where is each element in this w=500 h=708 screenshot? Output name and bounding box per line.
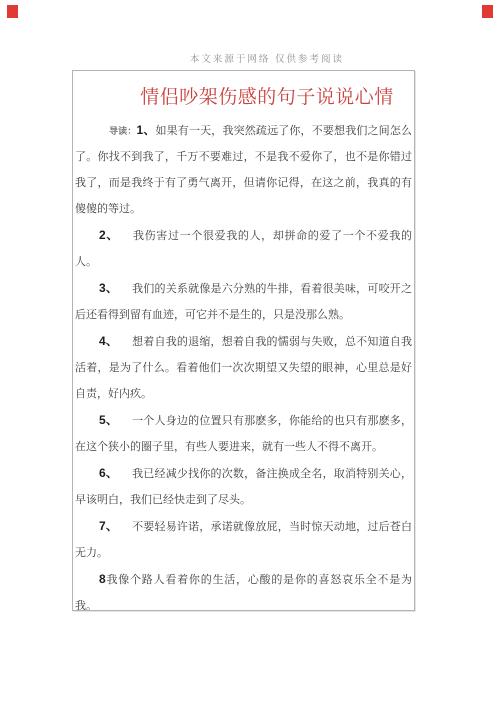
paragraph: 导读：1、如果有一天，我突然疏远了你，不要想我们之间怎么了。你找不到我了，千万不… [75, 117, 412, 222]
paragraph-text: 我已经减少找你的次数，备注换成全名，取消特别关心，早该明白，我们已经快走到了尽头… [75, 468, 412, 506]
paragraph: 8我像个路人看着你的生活，心酸的是你的喜怒哀乐全不是为 我。 [75, 566, 412, 611]
page-title: 情侣吵架伤感的句子说说心情 [73, 82, 414, 109]
paragraph-number: 3、 [99, 281, 118, 295]
corner-mark-left [7, 5, 18, 18]
paragraph-text: 我伤害过一个很爱我的人，却拼命的爱了一个不爱我的人。 [75, 230, 412, 268]
document-box: 情侣吵架伤感的句子说说心情 导读：1、如果有一天，我突然疏远了你，不要想我们之间… [72, 70, 415, 611]
paragraph-text: 不要轻易许诺，承诺就像放屁，当时惊天动地，过后苍白无力。 [75, 521, 412, 559]
paragraph-text: 如果有一天，我突然疏远了你，不要想我们之间怎么了。你找不到我了，千万不要难过，不… [75, 125, 412, 215]
paragraph-number: 2、 [99, 228, 119, 242]
paragraph-text: 我像个路人看着你的生活，心酸的是你的喜怒哀乐全不是为 我。 [75, 574, 412, 611]
paragraph-number: 6、 [99, 466, 118, 480]
corner-mark-right [482, 5, 493, 18]
paragraph-number: 8 [99, 572, 106, 586]
intro-label: 导读： [109, 126, 136, 136]
paragraph: 4、想着自我的退缩，想着自我的懦弱与失败，总不知道自我活着，是为了什么。看着他们… [75, 328, 412, 407]
source-note: 本文来源于网络 仅供参考阅读 [0, 51, 500, 65]
paragraph-text: 我们的关系就像是六分熟的牛排，看着很美味，可咬开之后还看得到留有血迹，可它并不是… [75, 283, 412, 321]
paragraph-number: 4、 [99, 334, 118, 348]
page-root: { "page": { "top_note": "本文来源于网络 仅供参考阅读"… [0, 0, 500, 708]
paragraph: 7、不要轻易许诺，承诺就像放屁，当时惊天动地，过后苍白无力。 [75, 513, 412, 566]
paragraph-number: 7、 [99, 519, 118, 533]
paragraph-text: 一个人身边的位置只有那麽多，你能给的也只有那麽多，在这个狭小的圈子里，有些人要进… [75, 415, 412, 453]
paragraph: 2、我伤害过一个很爱我的人，却拼命的爱了一个不爱我的人。 [75, 222, 412, 275]
paragraph: 5、一个人身边的位置只有那麽多，你能给的也只有那麽多，在这个狭小的圈子里，有些人… [75, 407, 412, 460]
paragraph-number: 1、 [136, 123, 155, 137]
paragraphs: 导读：1、如果有一天，我突然疏远了你，不要想我们之间怎么了。你找不到我了，千万不… [73, 117, 414, 611]
paragraph-number: 5、 [99, 413, 118, 427]
paragraph: 3、我们的关系就像是六分熟的牛排，看着很美味，可咬开之后还看得到留有血迹，可它并… [75, 275, 412, 328]
paragraph: 6、我已经减少找你的次数，备注换成全名，取消特别关心，早该明白，我们已经快走到了… [75, 460, 412, 513]
paragraph-text: 想着自我的退缩，想着自我的懦弱与失败，总不知道自我活着，是为了什么。看着他们一次… [75, 336, 412, 400]
